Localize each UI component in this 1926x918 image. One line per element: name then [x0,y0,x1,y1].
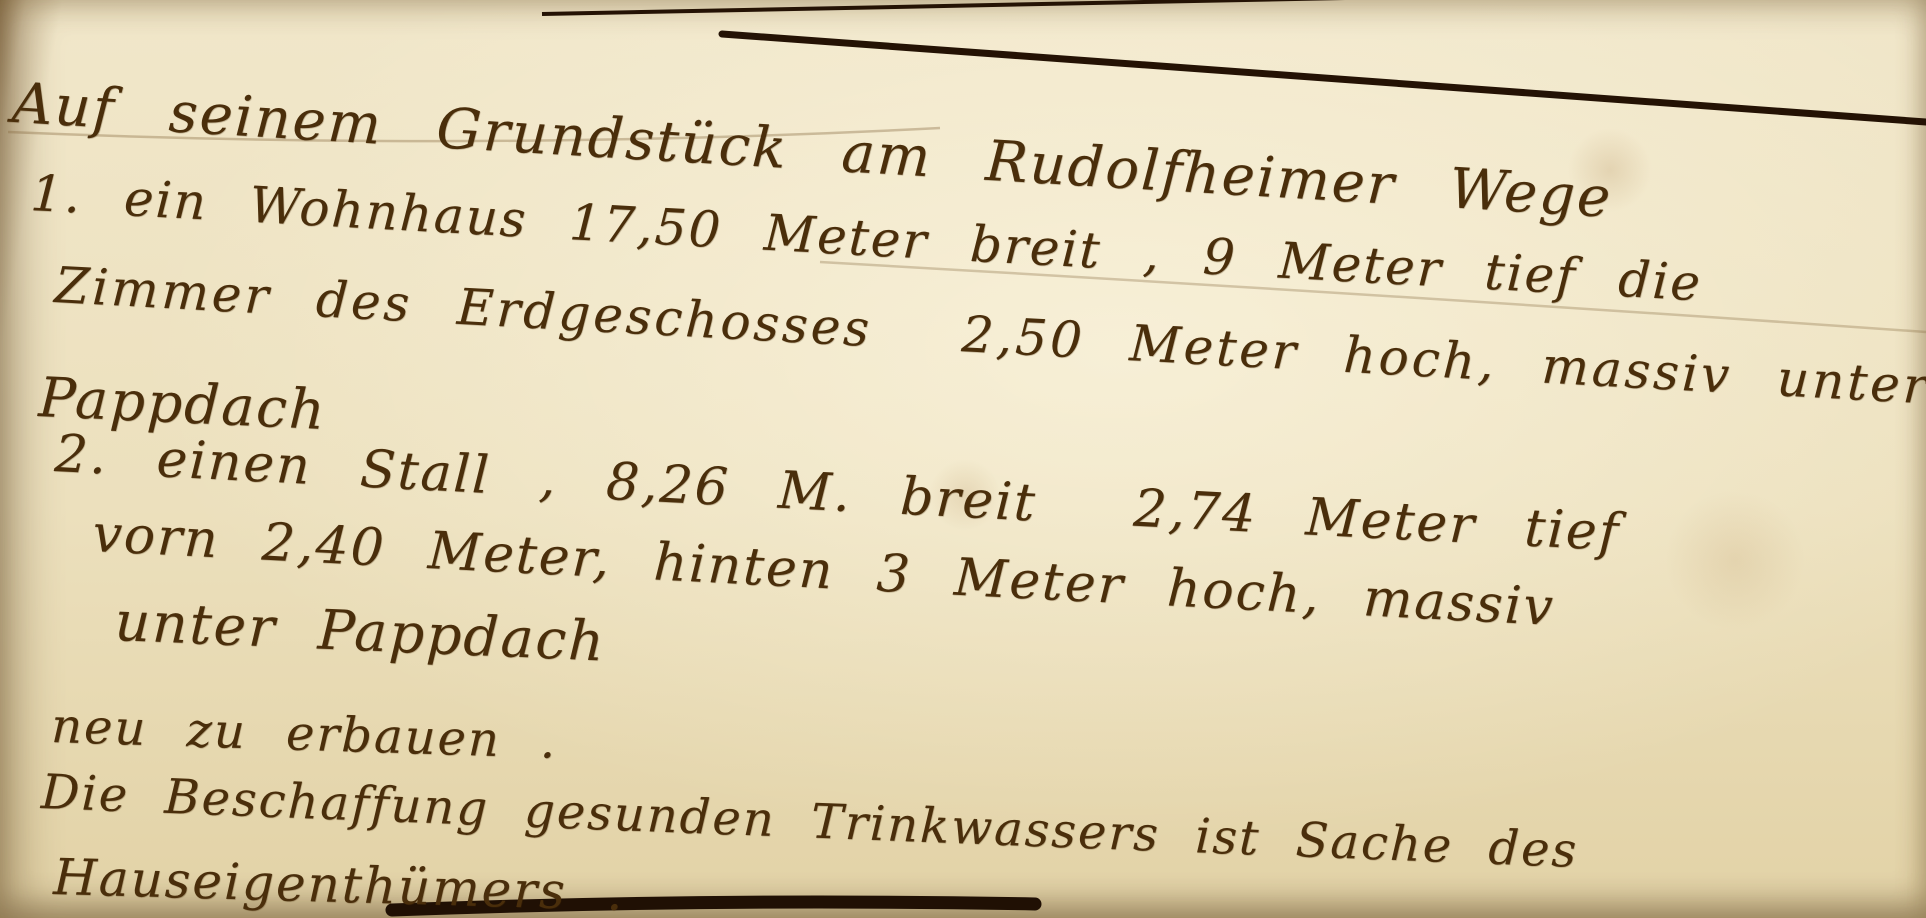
handwritten-line-10: Hauseigenthümers . [53,852,626,918]
handwritten-line-8: neu zu erbauen . [50,702,558,766]
manuscript-page: Auf seinem Grundstück am Rudolfheimer We… [0,0,1926,918]
ruled-line-thin [542,0,1345,14]
handwritten-line-7: unter Pappdach [114,594,607,670]
ruled-line-thick [722,34,1926,122]
